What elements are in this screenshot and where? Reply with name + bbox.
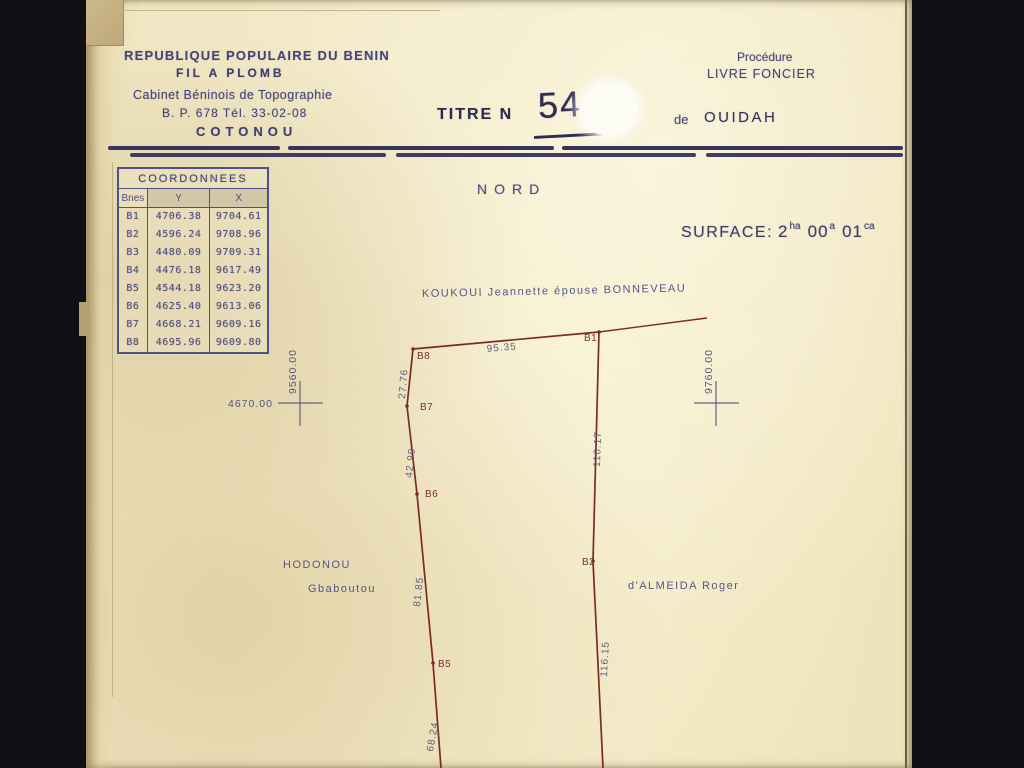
owner-north: KOUKOUI Jeannette épouse BONNEVEAU bbox=[422, 282, 687, 300]
neighbor-boundary-line bbox=[599, 318, 707, 332]
grid-x-label-right: 9760.00 bbox=[703, 349, 715, 394]
point-label-b8: B8 bbox=[417, 351, 430, 362]
measure-left-2: 42.99 bbox=[404, 447, 418, 478]
point-label-b6: B6 bbox=[425, 489, 438, 500]
measure-right-upper: 110.17 bbox=[592, 431, 604, 467]
owner-east: d'ALMEIDA Roger bbox=[628, 580, 739, 592]
grid-cross-left bbox=[278, 381, 323, 426]
scan-background: REPUBLIQUE POPULAIRE DU BENIN FIL A PLOM… bbox=[0, 0, 1024, 768]
point-label-b5: B5 bbox=[438, 659, 451, 670]
point-label-b7: B7 bbox=[420, 402, 433, 413]
grid-y-label-left: 4670.00 bbox=[228, 398, 273, 410]
owner-west-line1: HODONOU bbox=[283, 559, 351, 571]
point-marker-b1 bbox=[597, 330, 601, 334]
parcel-right-edge bbox=[593, 332, 603, 768]
measure-right-lower: 116.15 bbox=[599, 641, 612, 677]
measure-top-edge: 95.35 bbox=[486, 341, 517, 355]
grid-x-label-left: 9560.00 bbox=[287, 349, 299, 394]
point-label-b1: B1 bbox=[584, 333, 597, 344]
grid-cross-right bbox=[694, 381, 739, 426]
point-marker-b6 bbox=[415, 492, 419, 496]
survey-plan: 4670.00 9560.00 9760.00 B8 B7 B6 B5 B1 B… bbox=[0, 0, 1024, 768]
owner-west-line2: Gbaboutou bbox=[308, 583, 376, 595]
point-label-b2: B2 bbox=[582, 557, 595, 568]
point-marker-b7 bbox=[405, 404, 409, 408]
measure-left-3: 81.85 bbox=[412, 576, 426, 607]
point-marker-b8 bbox=[411, 347, 415, 351]
point-marker-b5 bbox=[431, 661, 435, 665]
